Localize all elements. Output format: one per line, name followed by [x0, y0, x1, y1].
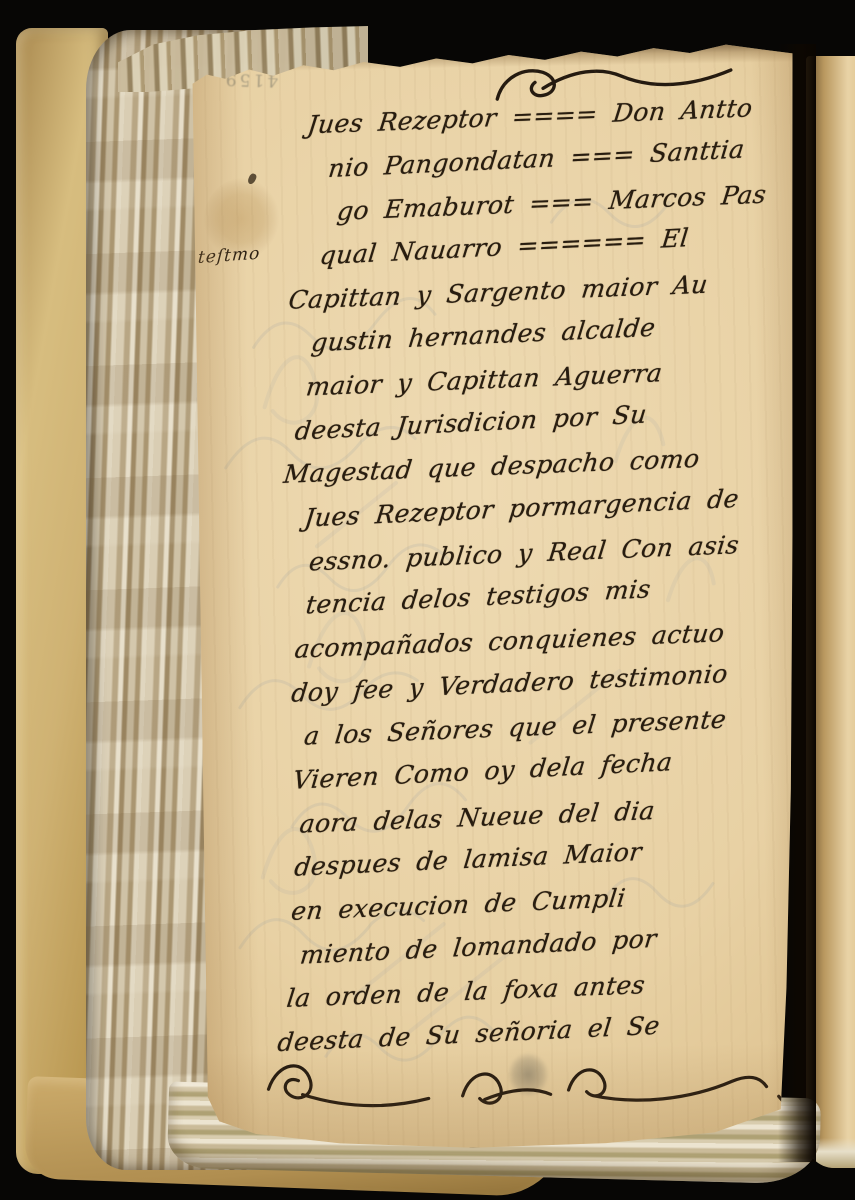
photo-black-backdrop: 4159 teſtmo Jues Rezeptor ==== Don Antto… — [0, 0, 855, 1200]
flourish-bottom — [262, 1044, 803, 1123]
manuscript-page: 4159 teſtmo Jues Rezeptor ==== Don Antto… — [188, 38, 811, 1152]
